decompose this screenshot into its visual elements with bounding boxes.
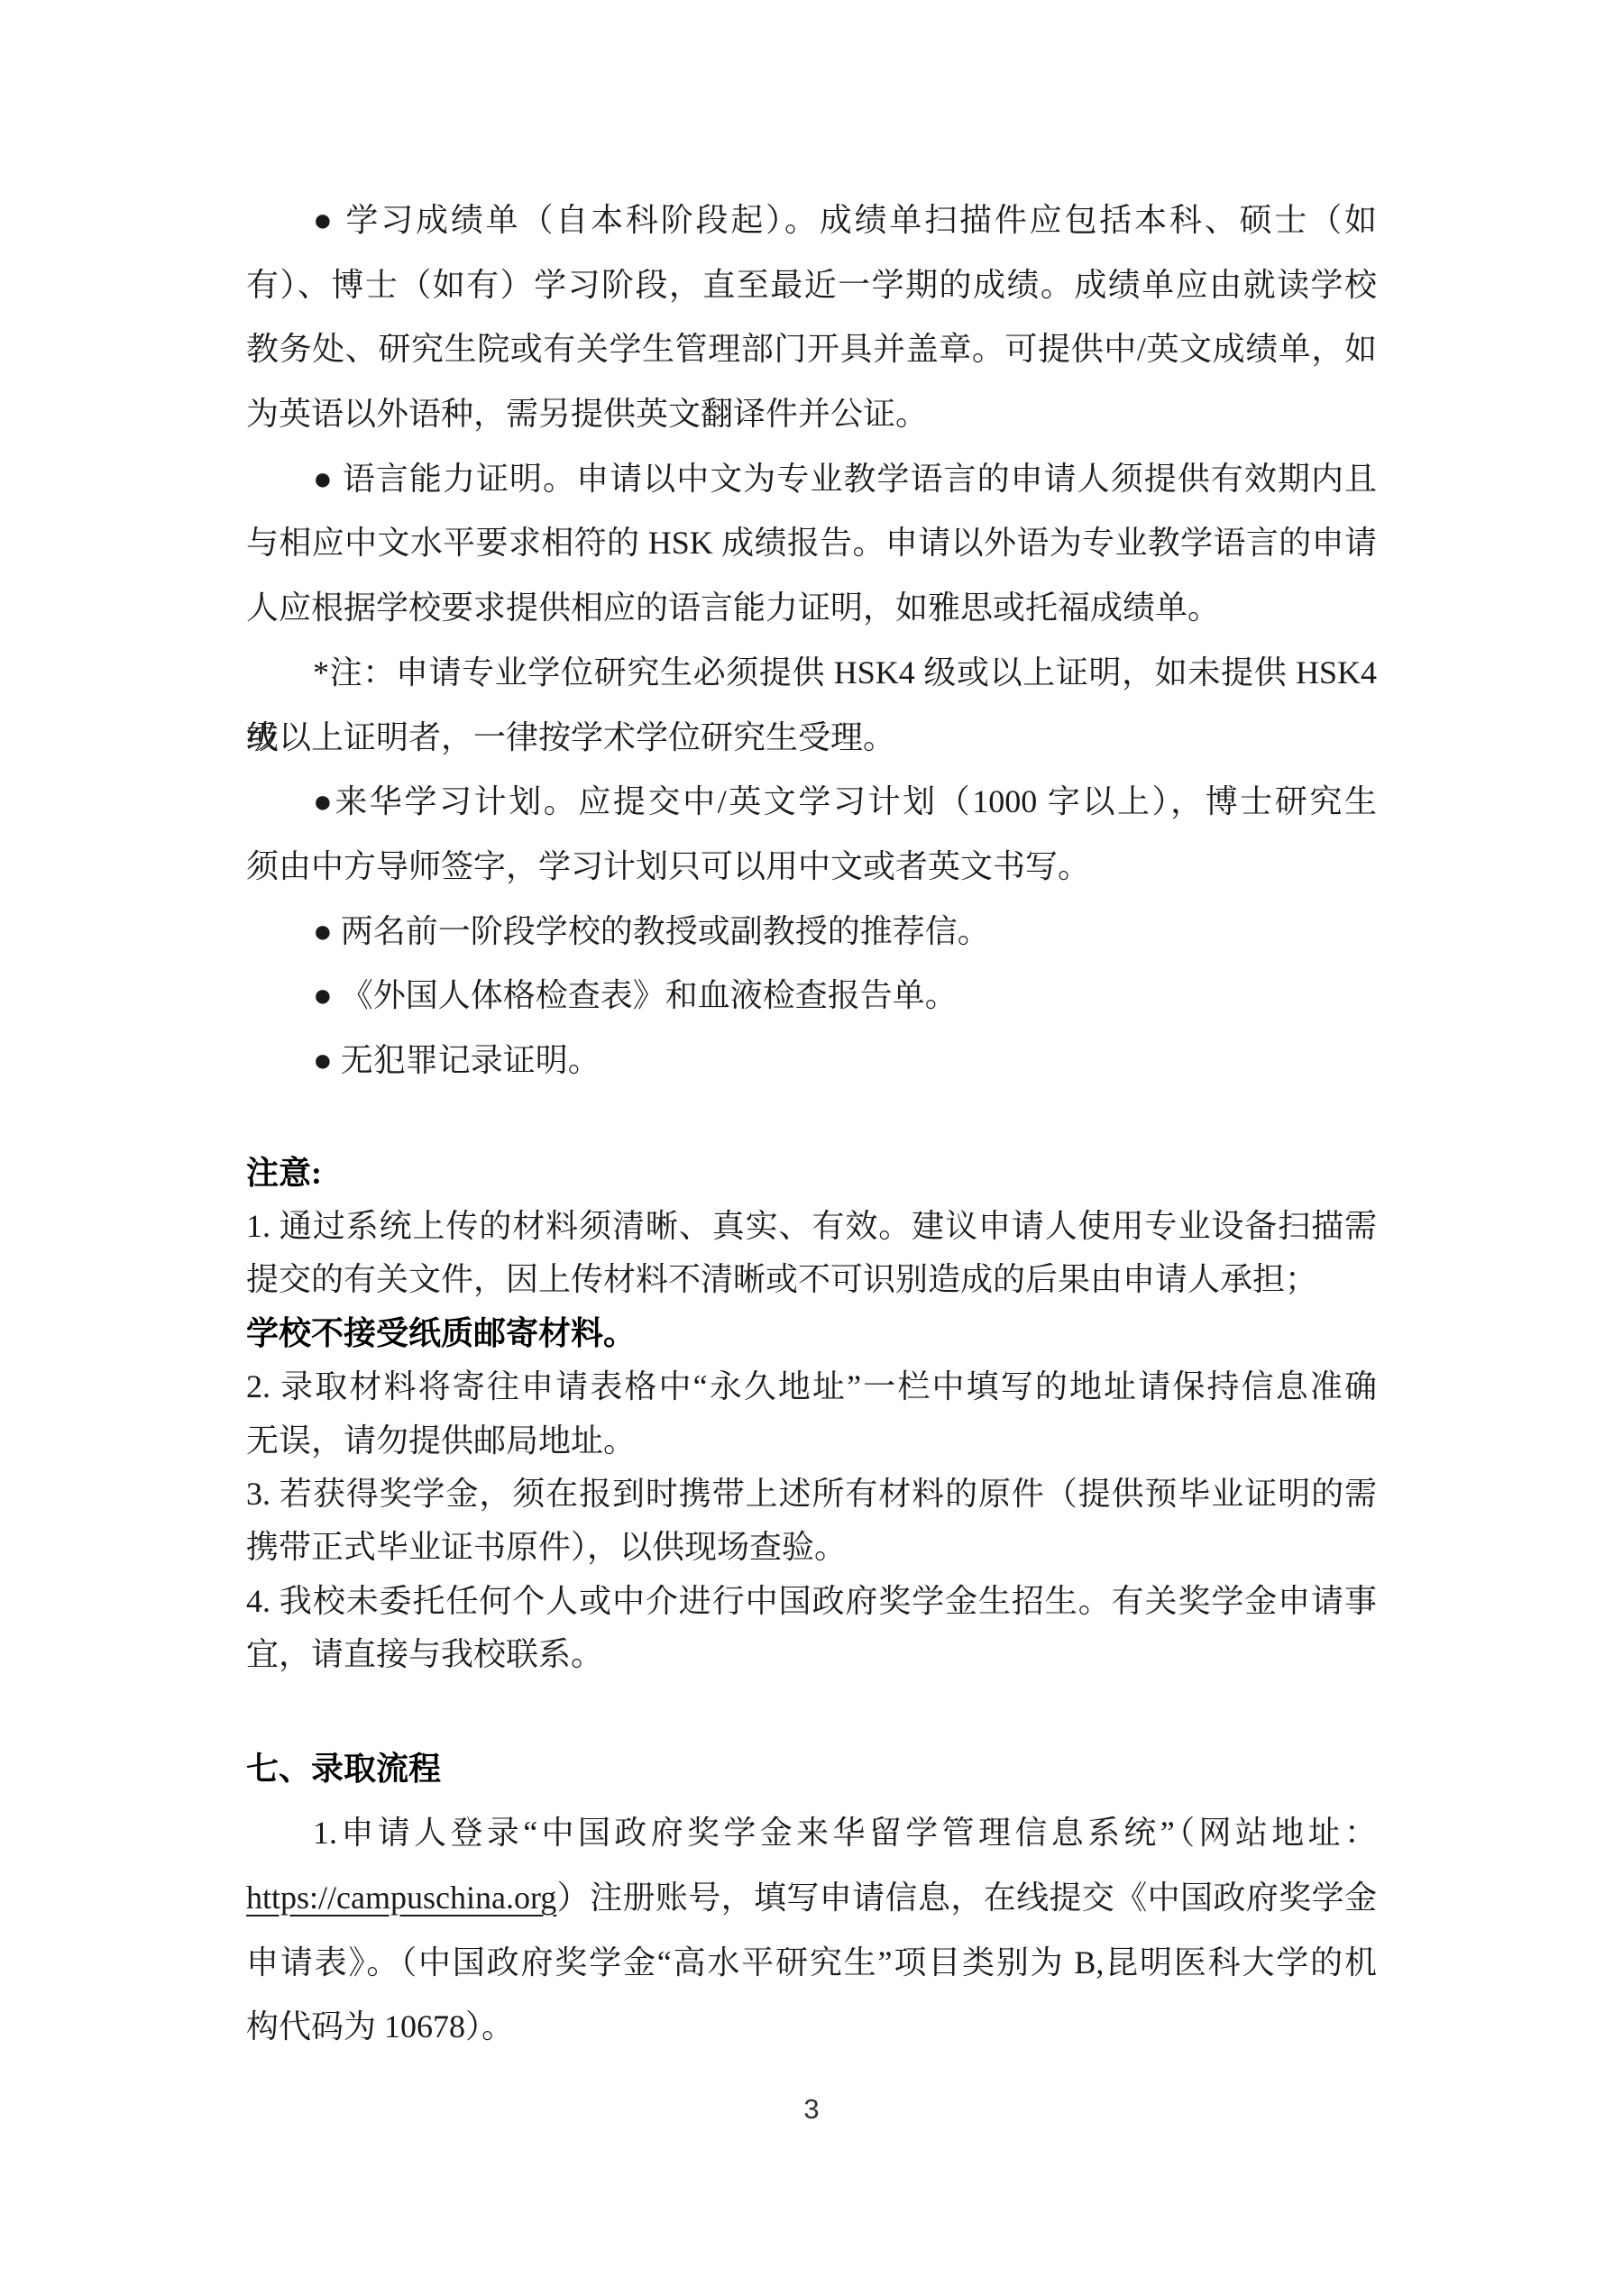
bullet-line-transcript: ● 学习成绩单（自本科阶段起）。成绩单扫描件应包括本科、硕士（如	[246, 188, 1377, 253]
doc-line: 宜，请直接与我校联系。	[246, 1628, 1377, 1681]
doc-line: 提交的有关文件，因上传材料不清晰或不可识别造成的后果由申请人承担；	[246, 1253, 1377, 1306]
notice-no-paper-mail: 学校不接受纸质邮寄材料。	[246, 1307, 1377, 1360]
bullet-line-study-plan: ●来华学习计划。应提交中/英文学习计划（1000 字以上），博士研究生	[246, 770, 1377, 835]
bullet-line-language-cert: ● 语言能力证明。申请以中文为专业教学语言的申请人须提供有效期内且	[246, 447, 1377, 512]
bullet-line-recommendation: ● 两名前一阶段学校的教授或副教授的推荐信。	[246, 900, 1377, 965]
admission-process-section: 七、录取流程 1.申请人登录“中国政府奖学金来华留学管理信息系统”（网站地址： …	[246, 1737, 1377, 2060]
admission-heading: 七、录取流程	[246, 1737, 1377, 1802]
admission-step-1: 1.申请人登录“中国政府奖学金来华留学管理信息系统”（网站地址：	[246, 1801, 1377, 1866]
document-page: ● 学习成绩单（自本科阶段起）。成绩单扫描件应包括本科、硕士（如 有）、博士（如…	[0, 0, 1623, 2296]
doc-line: 与相应中文水平要求相符的 HSK 成绩报告。申请以外语为专业教学语言的申请	[246, 511, 1377, 576]
doc-line: 构代码为 10678）。	[246, 1995, 1377, 2060]
notice-item-3: 3. 若获得奖学金，须在报到时携带上述所有材料的原件（提供预毕业证明的需	[246, 1468, 1377, 1521]
notice-heading: 注意:	[246, 1147, 1377, 1200]
notice-item-1: 1. 通过系统上传的材料须清晰、真实、有效。建议申请人使用专业设备扫描需	[246, 1200, 1377, 1253]
note-line-hsk: *注：申请专业学位研究生必须提供 HSK4 级或以上证明，如未提供 HSK4 级	[246, 641, 1377, 706]
doc-line: 教务处、研究生院或有关学生管理部门开具并盖章。可提供中/英文成绩单，如	[246, 317, 1377, 382]
bullet-line-physical-exam: ● 《外国人体格检查表》和血液检查报告单。	[246, 964, 1377, 1029]
application-materials-list: ● 学习成绩单（自本科阶段起）。成绩单扫描件应包括本科、硕士（如 有）、博士（如…	[246, 188, 1377, 1093]
doc-line: https://campuschina.org）注册账号，填写申请信息，在线提交…	[246, 1866, 1377, 1931]
doc-line: 为英语以外语种，需另提供英文翻译件并公证。	[246, 382, 1377, 447]
doc-line: 有）、博士（如有）学习阶段，直至最近一学期的成绩。成绩单应由就读学校	[246, 253, 1377, 318]
doc-line: 携带正式毕业证书原件），以供现场查验。	[246, 1521, 1377, 1574]
doc-line: 无误，请勿提供邮局地址。	[246, 1414, 1377, 1468]
page-content: ● 学习成绩单（自本科阶段起）。成绩单扫描件应包括本科、硕士（如 有）、博士（如…	[246, 188, 1377, 2060]
notice-item-2: 2. 录取材料将寄往申请表格中“永久地址”一栏中填写的地址请保持信息准确	[246, 1360, 1377, 1413]
notice-item-4: 4. 我校未委托任何个人或中介进行中国政府奖学金生招生。有关奖学金申请事	[246, 1575, 1377, 1628]
notice-section: 注意: 1. 通过系统上传的材料须清晰、真实、有效。建议申请人使用专业设备扫描需…	[246, 1147, 1377, 1682]
doc-line: 须由中方导师签字，学习计划只可以用中文或者英文书写。	[246, 835, 1377, 900]
doc-line: 人应根据学校要求提供相应的语言能力证明，如雅思或托福成绩单。	[246, 576, 1377, 641]
doc-line: 或以上证明者，一律按学术学位研究生受理。	[246, 706, 1377, 771]
bullet-line-no-criminal-record: ● 无犯罪记录证明。	[246, 1029, 1377, 1093]
campuschina-link[interactable]: https://campuschina.org	[246, 1880, 556, 1916]
doc-line-text: ）注册账号，填写申请信息，在线提交《中国政府奖学金	[556, 1880, 1377, 1916]
doc-line: 申请表》。（中国政府奖学金“高水平研究生”项目类别为 B,昆明医科大学的机	[246, 1931, 1377, 1996]
page-number: 3	[0, 2093, 1623, 2126]
